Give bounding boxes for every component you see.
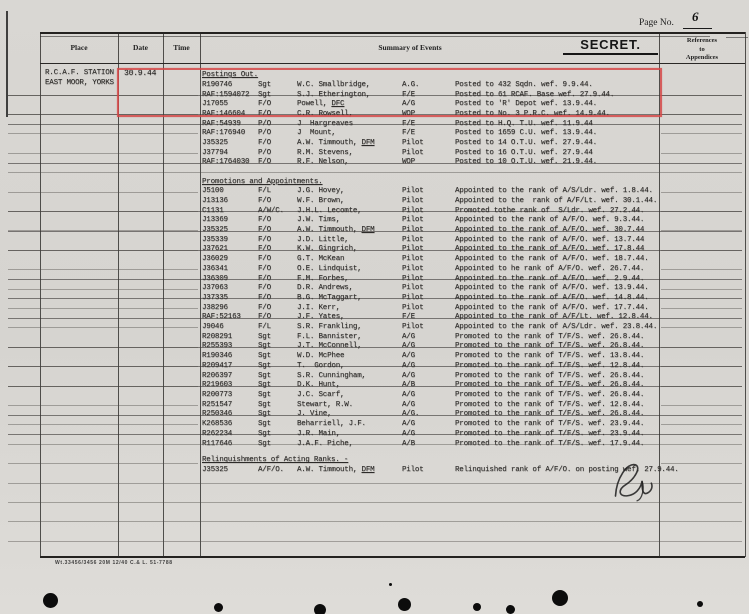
trade: Pilot (402, 466, 424, 475)
trade: Pilot (402, 139, 424, 148)
ruled-line (8, 541, 742, 542)
rank: F/O (258, 313, 271, 322)
rank: Sgt (258, 420, 271, 429)
table-bottom-border (40, 556, 745, 558)
name: A.W. Timmouth, DFM (297, 139, 374, 148)
trade: Pilot (402, 265, 424, 274)
record-row: RAF:52163F/OJ.F. Yates,F/EAppointed to t… (0, 313, 749, 323)
service-number: RAF:176940 (202, 129, 245, 138)
name: J Mount, (297, 129, 336, 138)
service-number: J37794 (202, 149, 228, 158)
page-no-value: 6 (692, 9, 699, 25)
rank: F/O (258, 216, 271, 225)
name: F.M. Forbes, (297, 275, 349, 284)
trade: A/B (402, 381, 415, 390)
ruled-line (8, 366, 198, 367)
trade: F/E (402, 129, 415, 138)
section-title: Promotions and Appointments. (202, 178, 322, 187)
name: J Hargreaves (297, 120, 353, 129)
name: Stewart, R.W. (297, 401, 353, 410)
trade: A/G (402, 352, 415, 361)
ruled-line (8, 347, 198, 348)
service-number: R255393 (202, 342, 232, 351)
record-row: RAF:54939P/OJ HargreavesF/EPosted to H.Q… (0, 120, 749, 130)
scan-artifact-dot (389, 583, 392, 586)
ruled-line (661, 463, 742, 464)
event-detail: Appointed to the rank of A/F/Lt. wef. 12… (455, 313, 653, 322)
event-detail: Appointed to the rank of A/S/Ldr. wef. 2… (455, 323, 657, 332)
scan-artifact-dot (214, 603, 223, 612)
trade: Pilot (402, 216, 424, 225)
trade: Pilot (402, 323, 424, 332)
event-detail: Appointed to the rank of A/F/O. wef. 13.… (455, 236, 644, 245)
ruled-line (8, 230, 198, 231)
rank: F/O (258, 158, 271, 167)
service-number: R206397 (202, 372, 232, 381)
header-bottom-border (40, 63, 745, 64)
name: J.C. Scarf, (297, 391, 344, 400)
service-number: R250346 (202, 410, 232, 419)
ruled-line (8, 133, 198, 134)
record-row: J36309F/OF.M. Forbes,PilotAppointed to t… (0, 275, 749, 285)
section-title: Relinquishments of Acting Ranks. - (202, 456, 348, 465)
rank: A/F/O. (258, 466, 284, 475)
col-header-date: Date (118, 44, 163, 53)
name: B.G. McTaggart, (297, 294, 362, 303)
service-number: RAF:52163 (202, 313, 241, 322)
event-detail: Posted to 1659 C.U. wef. 13.9.44. (455, 129, 597, 138)
name: J.D. Little, (297, 236, 349, 245)
service-number: R209417 (202, 362, 232, 371)
secret-stamp: SECRET. (563, 37, 658, 55)
service-number: J35325 (202, 139, 228, 148)
service-number: R251547 (202, 401, 232, 410)
ruled-line (8, 327, 198, 328)
event-detail: Promoted to the rank of T/F/S. wef. 13.8… (455, 352, 644, 361)
service-number: J35339 (202, 236, 228, 245)
rank: Sgt (258, 410, 271, 419)
event-detail: Promoted tothe rank of S/Ldr. wef. 27.2.… (455, 207, 644, 216)
ruled-line (8, 521, 742, 522)
trade: F/E (402, 313, 415, 322)
ruled-line (661, 347, 742, 348)
ruled-line (661, 211, 742, 212)
rank: A/W/C. (258, 207, 284, 216)
ruled-line (8, 289, 198, 290)
scan-artifact-dot (473, 603, 481, 611)
event-detail: Appointed to the rank of A/F/O. wef. 17.… (455, 304, 649, 313)
service-number: J37063 (202, 284, 228, 293)
ruled-line (8, 386, 198, 387)
ruled-line (661, 250, 742, 251)
rank: Sgt (258, 333, 271, 342)
ruled-line (8, 308, 198, 309)
trade: Pilot (402, 236, 424, 245)
name: S.R. Frankling, (297, 323, 362, 332)
rank: F/O (258, 255, 271, 264)
service-number: J5100 (202, 187, 224, 196)
rank: Sgt (258, 430, 271, 439)
event-detail: Appointed to the rank of A/F/O. wef. 18.… (455, 255, 649, 264)
service-number: RAF:1764030 (202, 158, 249, 167)
rank: Sgt (258, 362, 271, 371)
trade: Pilot (402, 245, 424, 254)
trade: Pilot (402, 187, 424, 196)
service-number: R200773 (202, 391, 232, 400)
ruled-line (8, 153, 198, 154)
trade: Pilot (402, 304, 424, 313)
rank: Sgt (258, 401, 271, 410)
name: Beharriell, J.F. (297, 420, 366, 429)
service-number: J36309 (202, 275, 228, 284)
event-detail: Appointed to the rank of A/S/Ldr. wef. 1… (455, 187, 653, 196)
rank: F/O (258, 265, 271, 274)
name: J.I. Kerr, (297, 304, 340, 313)
name: G.T. McKean (297, 255, 344, 264)
table-top-border (40, 32, 745, 34)
record-row: R190346SgtW.D. McPheeA/GPromoted to the … (0, 352, 749, 362)
trade: Pilot (402, 226, 424, 235)
scan-artifact-dot (506, 605, 515, 614)
ruled-line (661, 308, 742, 309)
trade: A/G (402, 362, 415, 371)
record-row: J13369F/OJ.W. Tims,PilotAppointed to the… (0, 216, 749, 226)
ruled-line (661, 114, 742, 115)
record-row: J13136F/OW.F. Brown,PilotAppointed to th… (0, 197, 749, 207)
ruled-line (8, 405, 198, 406)
record-row: J36029F/OG.T. McKeanPilotAppointed to th… (0, 255, 749, 265)
rank: Sgt (258, 372, 271, 381)
ruled-line (661, 366, 742, 367)
event-detail: Promoted to the rank of T/F/S. wef. 26.8… (455, 333, 644, 342)
rank: F/L (258, 187, 271, 196)
name: J.H.L. Lecomte, (297, 207, 362, 216)
scan-artifact-dot (43, 593, 58, 608)
record-row: RAF:1764030F/OR.F. Nelson,WOPPosted to 1… (0, 158, 749, 168)
event-detail: Appointed to the rank of A/F/O. wef. 9.3… (455, 216, 644, 225)
ruled-line (8, 211, 198, 212)
trade: A/G (402, 401, 415, 410)
place-line1: R.C.A.F. STATION (45, 69, 114, 78)
trade: Pilot (402, 149, 424, 158)
name: S.R. Cunningham, (297, 372, 366, 381)
ruled-line (8, 444, 742, 445)
name: J.W. Tims, (297, 216, 340, 225)
ruled-line (661, 424, 742, 425)
rank: P/O (258, 149, 271, 158)
event-detail: Posted to 14 O.T.U. wef. 27.9.44. (455, 139, 597, 148)
name: R.M. Stevens, (297, 149, 353, 158)
event-detail: Appointed to the rank of A/F/O. wef. 30.… (455, 226, 644, 235)
event-detail: Promoted to the rank of T/F/S. wef. 23.9… (455, 420, 644, 429)
ruled-line (661, 230, 742, 231)
trade: Pilot (402, 197, 424, 206)
service-number: J13136 (202, 197, 228, 206)
name: J.T. McConnell, (297, 342, 362, 351)
record-row: R206397SgtS.R. Cunningham,A/GPromoted to… (0, 372, 749, 382)
ruled-line (8, 463, 198, 464)
record-row: J37335F/OB.G. McTaggart,PilotAppointed t… (0, 294, 749, 304)
col-header-time: Time (163, 44, 200, 53)
name: W.F. Brown, (297, 197, 344, 206)
rank: F/O (258, 226, 271, 235)
service-number: J36341 (202, 265, 228, 274)
ruled-line (661, 289, 742, 290)
name: T. Gordon, (297, 362, 344, 371)
ruled-line (8, 172, 742, 173)
trade: A/G (402, 342, 415, 351)
ruled-line (8, 424, 198, 425)
name: R.F. Nelson, (297, 158, 349, 167)
record-row: J35325F/OA.W. Timmouth, DFMPilotPosted t… (0, 139, 749, 149)
trade: A/G (402, 430, 415, 439)
name: D.K. Hunt, (297, 381, 340, 390)
trade: Pilot (402, 284, 424, 293)
name: J. Vine, (297, 410, 331, 419)
scan-artifact-dot (697, 601, 703, 607)
event-detail: Appointed to the rank of A/F/Lt. wef. 30… (455, 197, 657, 206)
ruled-line (661, 327, 742, 328)
trade: A/G (402, 333, 415, 342)
service-number: R219603 (202, 381, 232, 390)
red-annotation-box (117, 68, 662, 117)
event-detail: Posted to 10 O.T.U. wef. 21.9.44. (455, 158, 597, 167)
service-number: J37335 (202, 294, 228, 303)
event-detail: Appointed to the rank of A/F/O. wef. 13.… (455, 284, 649, 293)
ruled-line (661, 192, 742, 193)
event-detail: Promoted to the rank of T/F/S. wef. 12.8… (455, 401, 644, 410)
ruled-line (661, 153, 742, 154)
event-detail: Promoted to the rank of T/F/S. wef. 26.8… (455, 410, 644, 419)
name: J.G. Hovey, (297, 187, 344, 196)
service-number: R190346 (202, 352, 232, 361)
col-header-summary: Summary of Events (200, 44, 620, 53)
ruled-line (8, 250, 198, 251)
trade: Pilot (402, 294, 424, 303)
page-no-label: Page No. (639, 18, 674, 28)
service-number: J35325 (202, 466, 228, 475)
record-row: R250346SgtJ. Vine,A/G.Promoted to the ra… (0, 410, 749, 420)
ruled-line (661, 405, 742, 406)
name: A.W. Timmouth, DFM (297, 466, 374, 475)
event-detail: Promoted to the rank of T/F/S. wef. 23.9… (455, 430, 644, 439)
rank: Sgt (258, 381, 271, 390)
col-header-place: Place (40, 44, 118, 53)
service-number: K268536 (202, 420, 232, 429)
ruled-line (661, 133, 742, 134)
references-line3: Appendices (686, 54, 718, 61)
event-detail: Appointed to he rank of A/F/O. wef. 26.7… (455, 265, 644, 274)
ruled-line (8, 192, 198, 193)
ruled-line (661, 95, 742, 96)
rank: P/O (258, 129, 271, 138)
event-detail: Appointed to the rank of A/F/O. wef. 17.… (455, 245, 644, 254)
record-row: R262234SgtJ.R. Main,A/GPromoted to the r… (0, 430, 749, 440)
service-number: J38296 (202, 304, 228, 313)
service-number: J37621 (202, 245, 228, 254)
rank: F/O (258, 294, 271, 303)
trade: A/G (402, 420, 415, 429)
name: O.E. Lindquist, (297, 265, 362, 274)
col-header-references: References to Appendices (659, 37, 745, 63)
printer-code: Wt.33456/3456 20M 12/40 C.& L. 51-7788 (55, 560, 173, 566)
decoration-abbr: DFM (362, 139, 375, 147)
service-number: J13369 (202, 216, 228, 225)
name: W.D. McPhee (297, 352, 344, 361)
rank: F/O (258, 284, 271, 293)
decoration-abbr: DFM (362, 466, 375, 474)
trade: Pilot (402, 275, 424, 284)
rank: F/O (258, 275, 271, 284)
event-detail: Promoted to the rank of T/F/S. wef. 12.8… (455, 362, 644, 371)
trade: F/E (402, 120, 415, 129)
service-number: R262234 (202, 430, 232, 439)
scan-artifact-dot (398, 598, 411, 611)
trade: Pilot (402, 207, 424, 216)
rank: F/O (258, 197, 271, 206)
name: J.R. Main, (297, 430, 340, 439)
rank: F/O (258, 245, 271, 254)
event-detail: Promoted to the rank of T/F/S. wef. 26.8… (455, 381, 644, 390)
event-detail: Promoted to the rank of T/F/S. wef. 26.8… (455, 342, 644, 351)
event-detail: Promoted to the rank of T/F/S. wef. 26.8… (455, 391, 644, 400)
page-no-underline (683, 28, 712, 29)
rank: Sgt (258, 342, 271, 351)
name: J.F. Yates, (297, 313, 344, 322)
event-detail: Posted to H.Q. T.U. wef. 11.9.44 (455, 120, 593, 129)
trade: A/G. (402, 410, 419, 419)
scan-artifact-dot (314, 604, 326, 614)
references-line1: References (687, 37, 717, 44)
event-detail: Posted to 16 O.T.U. wef. 27.9.44 (455, 149, 593, 158)
record-row: R200773SgtJ.C. Scarf,A/GPromoted to the … (0, 391, 749, 401)
service-number: J35325 (202, 226, 228, 235)
rank: F/O (258, 139, 271, 148)
signature-mark (606, 457, 662, 504)
rank: F/L (258, 323, 271, 332)
trade: Pilot (402, 255, 424, 264)
references-line2: to (699, 46, 704, 53)
name: K.W. Gingrich, (297, 245, 357, 254)
rank: P/O (258, 120, 271, 129)
service-number: C1131 (202, 207, 224, 216)
ruled-line (661, 269, 742, 270)
rank: F/O (258, 304, 271, 313)
scanned-record-page: Page No. 6 Place Date Time Summary of Ev… (0, 0, 749, 614)
event-detail: Appointed to the rank of A/F/O. wef. 2.9… (455, 275, 644, 284)
name: D.R. Andrews, (297, 284, 353, 293)
decoration-abbr: DFM (362, 226, 375, 234)
service-number: RAF:54939 (202, 120, 241, 129)
ruled-line (661, 386, 742, 387)
service-number: J36029 (202, 255, 228, 264)
service-number: J9046 (202, 323, 224, 332)
ruled-line (8, 269, 198, 270)
trade: WOP (402, 158, 415, 167)
rank: F/O (258, 236, 271, 245)
trade: A/G (402, 372, 415, 381)
name: F.L. Bannister, (297, 333, 362, 342)
rank: Sgt (258, 391, 271, 400)
scan-artifact-dot (552, 590, 568, 606)
trade: A/G (402, 391, 415, 400)
event-detail: Appointed to the rank of A/F/O. wef. 14.… (455, 294, 649, 303)
event-detail: Promoted to the rank of T/F/S. wef. 26.8… (455, 372, 644, 381)
rank: Sgt (258, 352, 271, 361)
service-number: R208291 (202, 333, 232, 342)
name: A.W. Timmouth, DFM (297, 226, 374, 235)
